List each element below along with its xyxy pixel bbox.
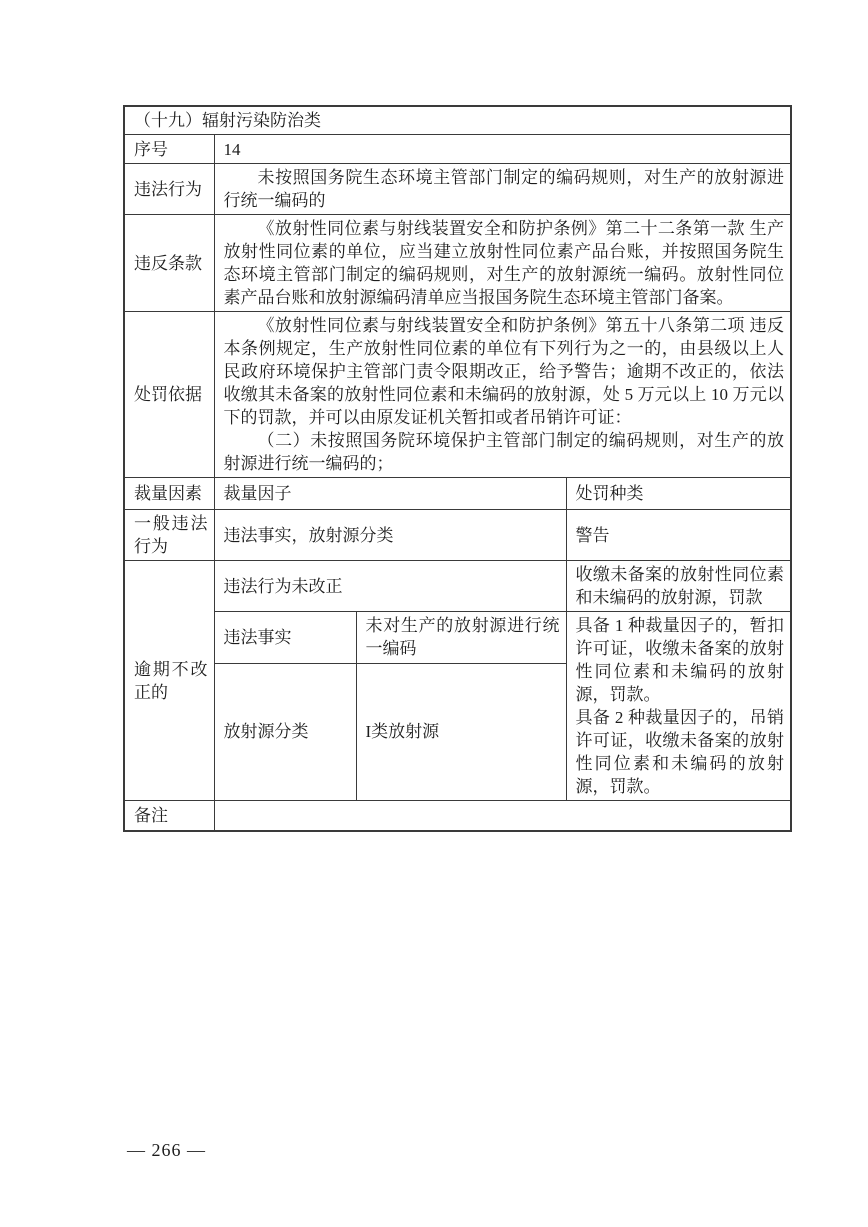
overdue-uncorrected-penalty: 收缴未备案的放射性同位素和未编码的放射源，罚款 [566, 561, 791, 612]
illegal-act-label: 违法行为 [124, 164, 214, 215]
discretion-factor-header: 裁量因子 [214, 478, 566, 510]
illegal-act-row: 违法行为 未按照国务院生态环境主管部门制定的编码规则，对生产的放射源进行统一编码… [124, 164, 791, 215]
document-page: （十九）辐射污染防治类 序号 14 违法行为 未按照国务院生态环境主管部门制定的… [0, 0, 868, 1227]
overdue-row-1: 逾期不改正的 违法行为未改正 收缴未备案的放射性同位素和未编码的放射源，罚款 [124, 561, 791, 612]
general-violation-row: 一般违法行为 违法事实，放射源分类 警告 [124, 510, 791, 561]
discretion-category-header: 裁量因素 [124, 478, 214, 510]
overdue-merged-penalty-cell: 具备 1 种裁量因子的，暂扣许可证，收缴未备案的放射性同位素和未编码的放射源，罚… [566, 612, 791, 801]
overdue-row-2: 违法事实 未对生产的放射源进行统一编码 具备 1 种裁量因子的，暂扣许可证，收缴… [124, 612, 791, 664]
overdue-merged-penalty-2: 具备 2 种裁量因子的，吊销许可证，收缴未备案的放射性同位素和未编码的放射源，罚… [576, 706, 785, 798]
overdue-label: 逾期不改正的 [124, 561, 214, 801]
penalty-basis-paragraph-1: 《放射性同位素与射线装置安全和防护条例》第五十八条第二项 违反本条例规定，生产放… [224, 314, 785, 429]
penalty-discretion-table: （十九）辐射污染防治类 序号 14 违法行为 未按照国务院生态环境主管部门制定的… [123, 105, 792, 832]
penalty-basis-row: 处罚依据 《放射性同位素与射线装置安全和防护条例》第五十八条第二项 违反本条例规… [124, 312, 791, 478]
serial-value: 14 [214, 135, 791, 164]
illegal-act-cell: 未按照国务院生态环境主管部门制定的编码规则，对生产的放射源进行统一编码的 [214, 164, 791, 215]
violated-clause-text: 《放射性同位素与射线装置安全和防护条例》第二十二条第一款 生产放射性同位素的单位… [224, 217, 785, 309]
category-title: （十九）辐射污染防治类 [124, 106, 791, 135]
overdue-factor-value-facts: 未对生产的放射源进行统一编码 [356, 612, 566, 664]
discretion-header-row: 裁量因素 裁量因子 处罚种类 [124, 478, 791, 510]
overdue-merged-penalty-1: 具备 1 种裁量因子的，暂扣许可证，收缴未备案的放射性同位素和未编码的放射源，罚… [576, 614, 785, 706]
page-number: — 266 — [127, 1138, 206, 1162]
overdue-uncorrected-factor: 违法行为未改正 [214, 561, 566, 612]
category-title-row: （十九）辐射污染防治类 [124, 106, 791, 135]
violated-clause-row: 违反条款 《放射性同位素与射线装置安全和防护条例》第二十二条第一款 生产放射性同… [124, 215, 791, 312]
illegal-act-text: 未按照国务院生态环境主管部门制定的编码规则，对生产的放射源进行统一编码的 [224, 166, 785, 212]
remark-label: 备注 [124, 801, 214, 831]
violated-clause-cell: 《放射性同位素与射线装置安全和防护条例》第二十二条第一款 生产放射性同位素的单位… [214, 215, 791, 312]
serial-row: 序号 14 [124, 135, 791, 164]
general-violation-factor: 违法事实，放射源分类 [214, 510, 566, 561]
overdue-factor-name-facts: 违法事实 [214, 612, 356, 664]
overdue-factor-name-source-class: 放射源分类 [214, 663, 356, 800]
general-violation-penalty: 警告 [566, 510, 791, 561]
general-violation-label: 一般违法行为 [124, 510, 214, 561]
overdue-factor-value-source-class: I类放射源 [356, 663, 566, 800]
penalty-basis-cell: 《放射性同位素与射线装置安全和防护条例》第五十八条第二项 违反本条例规定，生产放… [214, 312, 791, 478]
penalty-type-header: 处罚种类 [566, 478, 791, 510]
remark-value [214, 801, 791, 831]
penalty-basis-label: 处罚依据 [124, 312, 214, 478]
serial-label: 序号 [124, 135, 214, 164]
violated-clause-label: 违反条款 [124, 215, 214, 312]
penalty-basis-paragraph-2: （二）未按照国务院环境保护主管部门制定的编码规则，对生产的放射源进行统一编码的； [224, 429, 785, 475]
remark-row: 备注 [124, 801, 791, 831]
